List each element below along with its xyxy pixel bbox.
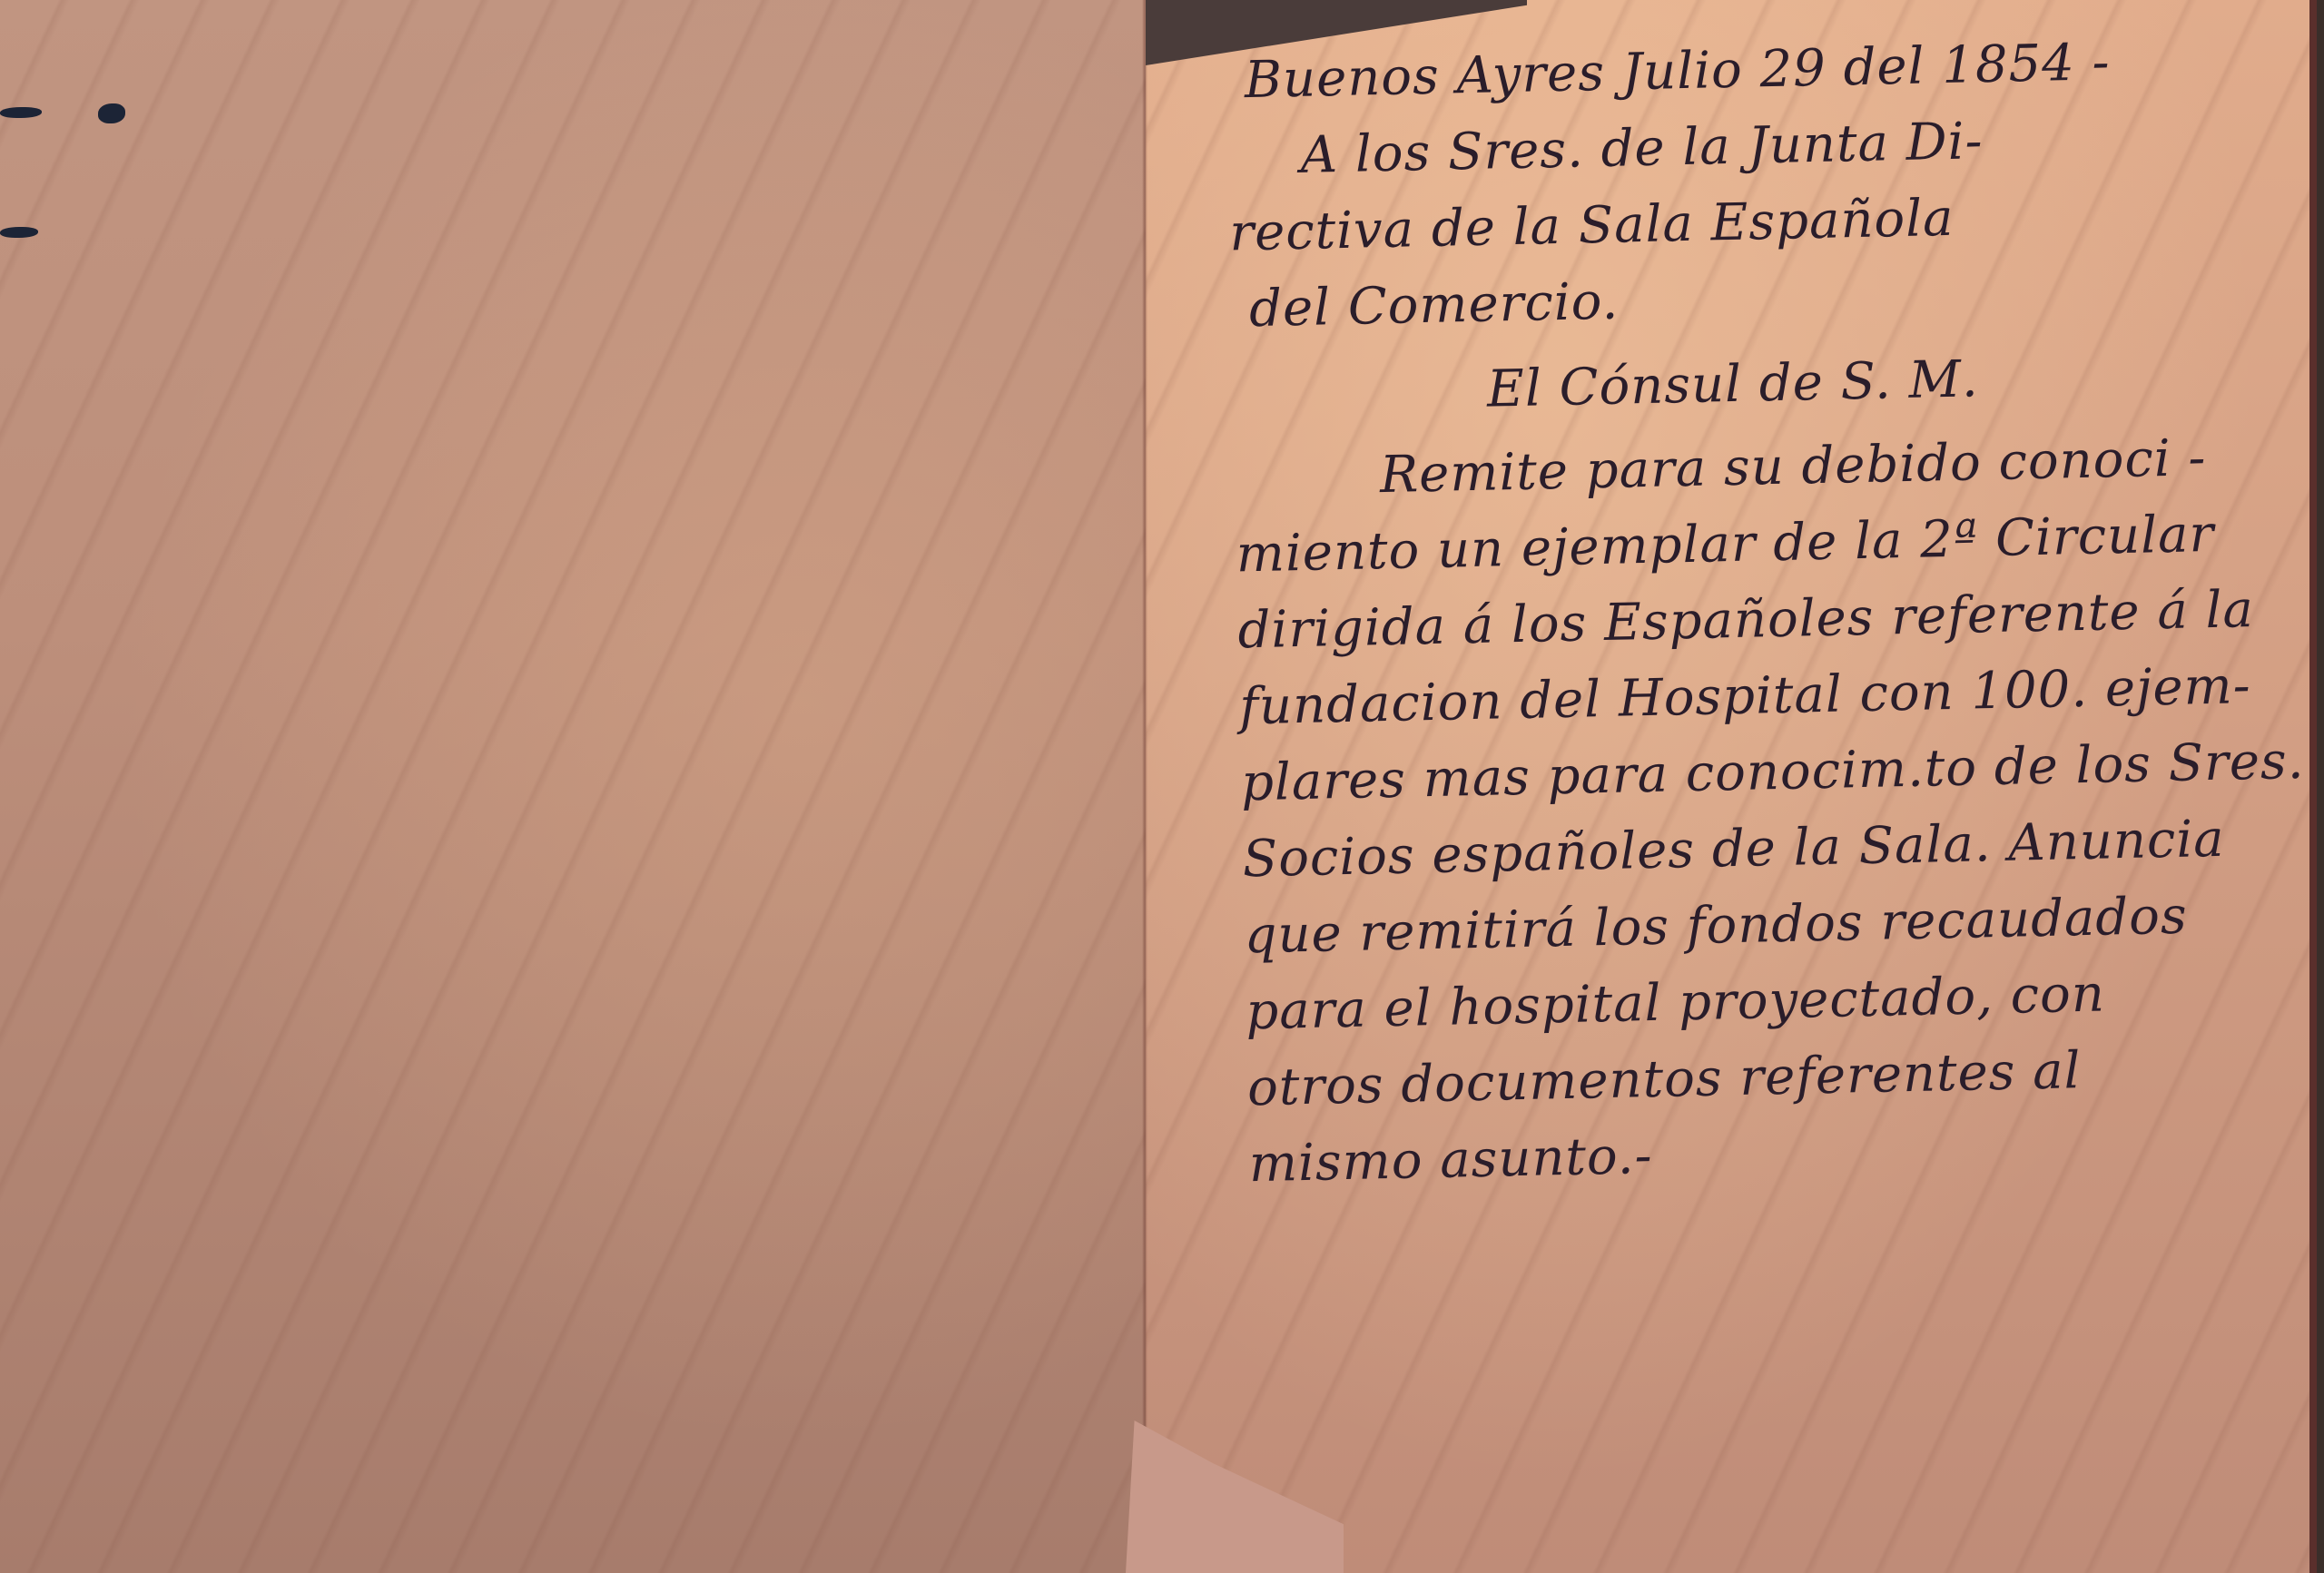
ink-bleed-through xyxy=(0,0,1146,1573)
margin-ink-mark xyxy=(0,107,42,118)
document-photo: Buenos Ayres Julio 29 del 1854 - A los S… xyxy=(0,0,2324,1573)
handwritten-letter: Buenos Ayres Julio 29 del 1854 - A los S… xyxy=(1207,21,2312,1204)
left-page xyxy=(0,0,1146,1573)
margin-ink-mark xyxy=(98,103,125,123)
center-fold xyxy=(1142,0,1147,1573)
margin-ink-mark xyxy=(0,227,38,238)
sender-line: El Cónsul de S. M. xyxy=(1214,335,2295,434)
page-edge xyxy=(2309,0,2317,1573)
